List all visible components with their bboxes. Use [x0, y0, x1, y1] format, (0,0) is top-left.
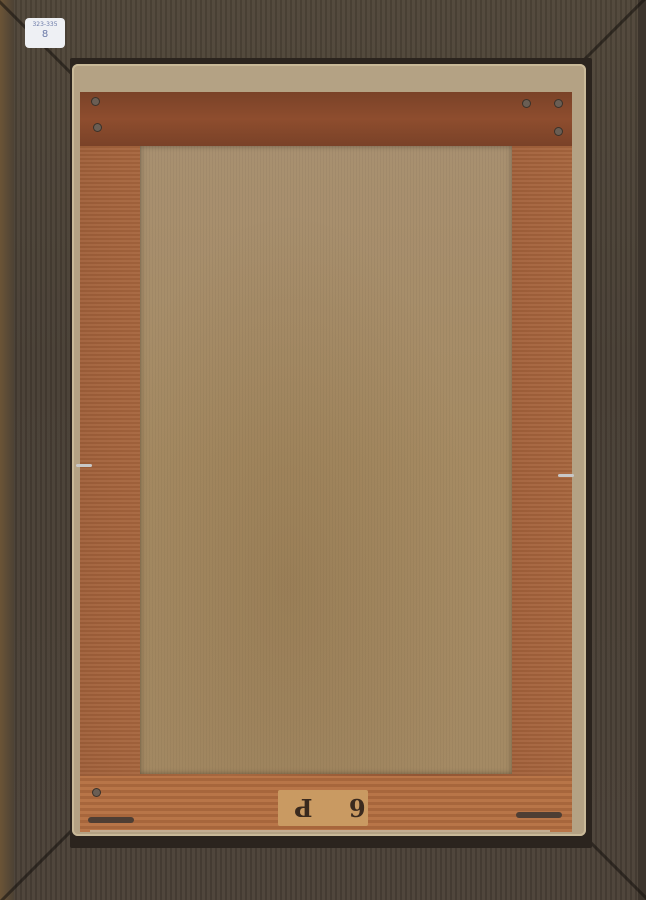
bolt-icon [93, 789, 100, 796]
bolt-icon [555, 128, 562, 135]
bolt-icon [92, 98, 99, 105]
bolt-icon [94, 124, 101, 131]
stencil-size-label: 6 P [278, 790, 368, 826]
bolt-icon [555, 100, 562, 107]
sticker-lot: 8 [25, 30, 65, 40]
bolt-icon [523, 100, 530, 107]
inventory-sticker: 323-335 8 [25, 18, 65, 48]
metal-plate [88, 817, 134, 823]
canvas-thread [90, 830, 550, 832]
stretcher-top-bar [80, 92, 572, 146]
frame-left-edge [0, 0, 14, 900]
pin-icon [558, 474, 574, 477]
frame-right-edge [638, 0, 646, 900]
canvas-reverse [140, 146, 512, 774]
metal-plate [516, 812, 562, 818]
pin-icon [76, 464, 92, 467]
